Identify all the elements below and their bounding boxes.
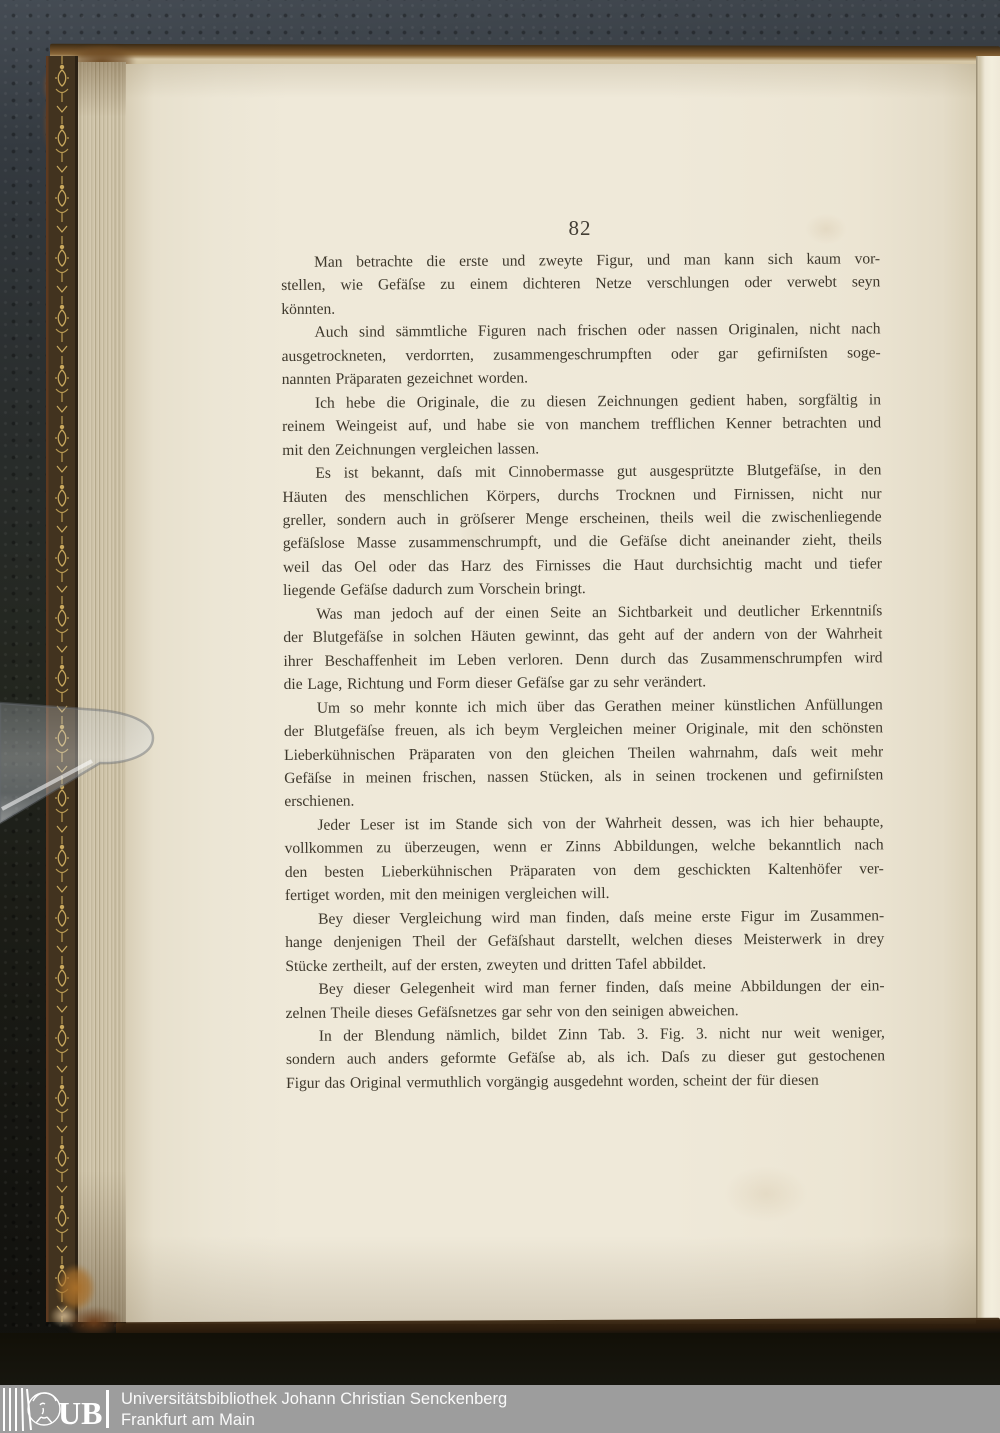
page-number: 82 [281, 216, 879, 241]
text-line: vollkommen zu überzeugen, wenn er Zinns … [285, 834, 884, 861]
library-city: Frankfurt am Main [121, 1410, 507, 1431]
text-line: Es ist bekannt, daſs mit Cinnobermasse g… [282, 458, 881, 485]
text-line: der Blutgefäſse freuen, als ich beym Ver… [284, 716, 883, 743]
text-line: reinem Weingeist auf, und habe sie von m… [282, 412, 881, 439]
text-line: hange denjenigen Theil der Gefäſshaut da… [285, 927, 884, 954]
page-holder-strip [0, 697, 170, 837]
book-spines-icon [4, 1388, 31, 1431]
text-line: gefäſslose Masse zusammenschrumpft, und … [283, 529, 882, 556]
text-line: der Blutgefäſse in solchen Häuten gewinn… [283, 623, 882, 650]
gilt-spine-edge [46, 56, 78, 1322]
page-text: Man betrachte die erste und zweyte Figur… [281, 247, 885, 1095]
gilt-ornament-pattern [46, 56, 78, 1322]
book-corner-bottom-left [46, 1236, 168, 1338]
text-line: den besten Lieberkühnischen Präparaten v… [285, 857, 884, 884]
text-line: ausgetrockneten, verdorrten, zusammenges… [282, 341, 881, 368]
text-line: ihrer Beschaffenheit im Leben verloren. … [283, 646, 882, 673]
text-line: Bey dieser Gelegenheit wird man ferner f… [285, 974, 884, 1001]
gutter-facing-page [976, 56, 1000, 1320]
goethe-portrait-icon [28, 1393, 60, 1425]
text-line: sondern auch anders geformte Gefäſse ab,… [286, 1045, 885, 1072]
logo-divider [106, 1390, 109, 1428]
text-line: stellen, wie Gefäſse zu einem dichteren … [281, 271, 880, 298]
scan-background: 82 Man betrachte die erste und zweyte Fi… [0, 0, 1000, 1433]
library-footer-bar: UB Universitätsbibliothek Johann Christi… [0, 1385, 1000, 1433]
text-line: Auch sind sämmtliche Figuren nach frisch… [281, 318, 880, 345]
ub-logo: UB [0, 1385, 114, 1433]
text-line: Figur das Original vermuthlich vorgängig… [286, 1068, 885, 1095]
library-name: Universitätsbibliothek Johann Christian … [121, 1389, 507, 1410]
text-line: Gefäſse in meinen frischen, nassen Stück… [284, 763, 883, 790]
text-line: weil das Oel oder das Harz des Firnisses… [283, 552, 882, 579]
page-fore-edge [78, 62, 126, 1322]
ub-monogram: UB [58, 1395, 102, 1431]
table-surface-shadow [0, 1333, 1000, 1385]
